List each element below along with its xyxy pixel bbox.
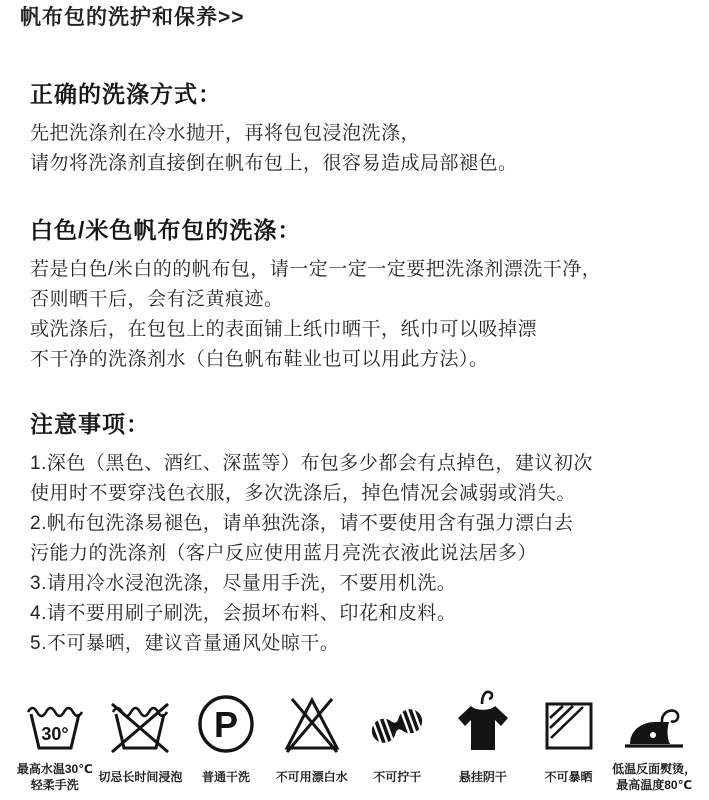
care-symbol-label: 切忌长时间浸泡 [98,760,182,794]
care-symbol-max-30c-hand-wash: 30° 最高水温30℃ 轻柔手洗 [12,686,98,794]
care-symbol-iron-low: 低温反面熨烫， 最高温度80℃ [611,686,697,794]
body-text-line: 若是白色/米白的的帆布包，请一定一定一定要把洗涤剂漂洗干净， [30,255,689,285]
body-text-line: 请勿将洗涤剂直接倒在帆布包上，很容易造成局部褪色。 [30,149,689,179]
care-symbol-hang-dry: 悬挂阴干 [440,686,526,794]
body-text-line: 先把洗涤剂在冷水抛开，再将包包浸泡洗涤， [30,119,689,149]
body-text-line: 否则晒干后，会有泛黄痕迹。 [30,285,689,315]
care-symbol-no-bleach: 不可用漂白水 [269,686,355,794]
washtub-30c-icon: 30° [21,686,89,754]
care-symbol-dry-clean: P 普通干洗 [183,686,269,794]
section-notes: 注意事项： 1.深色（黑色、酒红、深蓝等）布包多少都会有点掉色，建议初次 使用时… [30,406,689,659]
care-instructions-page: 帆布包的洗护和保养>> 正确的洗涤方式： 先把洗涤剂在冷水抛开，再将包包浸泡洗涤… [0,0,709,800]
body-text-line: 3.请用冷水浸泡洗涤，尽量用手洗，不要用机洗。 [30,569,689,599]
body-text-line: 1.深色（黑色、酒红、深蓝等）布包多少都会有点掉色，建议初次 [30,449,689,479]
hang-dry-icon [451,686,515,754]
care-symbol-no-long-soak: 切忌长时间浸泡 [98,686,184,794]
care-symbol-label: 最高水温30℃ 轻柔手洗 [17,760,93,794]
care-symbol-label: 不可暴晒 [545,760,593,794]
care-symbol-no-wring: 不可拧干 [355,686,441,794]
dry-clean-p-icon: P [195,686,257,754]
body-text-line: 或洗涤后，在包包上的表面铺上纸巾晒干，纸巾可以吸掉漂 [30,315,689,345]
body-text-line: 不干净的洗涤剂水（白色帆布鞋业也可以用此方法）。 [30,345,689,375]
care-symbol-label: 不可拧干 [373,760,421,794]
care-symbols-row: 30° 最高水温30℃ 轻柔手洗 切忌长时间浸泡 [0,686,709,794]
care-symbol-label: 普通干洗 [202,760,250,794]
care-symbol-label: 低温反面熨烫， 最高温度80℃ [612,760,696,794]
care-symbol-label: 悬挂阴干 [459,760,507,794]
body-text-line: 污能力的洗涤剂（客户反应使用蓝月亮洗衣液此说法居多） [30,539,689,569]
body-text-line: 使用时不要穿浅色衣服，多次洗涤后，掉色情况会减弱或消失。 [30,479,689,509]
care-symbol-label: 不可用漂白水 [276,760,348,794]
body-text-line: 2.帆布包洗涤易褪色，请单独洗涤，请不要使用含有强力漂白去 [30,509,689,539]
no-soak-icon [106,686,174,754]
body-text-line: 4.请不要用刷子刷洗，会损坏布料、印花和皮料。 [30,599,689,629]
body-text-line: 5.不可暴晒，建议音量通风处晾干。 [30,629,689,659]
section-white-canvas-washing: 白色/米色帆布包的洗涤： 若是白色/米白的的帆布包，请一定一定一定要把洗涤剂漂洗… [30,212,689,375]
section-heading: 正确的洗涤方式： [30,76,689,109]
iron-low-temp-icon [620,686,688,754]
svg-text:30°: 30° [41,724,68,744]
no-wring-icon [364,686,430,754]
section-heading: 注意事项： [30,406,689,439]
section-heading: 白色/米色帆布包的洗涤： [30,212,689,245]
no-sun-icon [539,686,599,754]
page-title: 帆布包的洗护和保养>> [0,0,709,31]
care-symbol-no-sun: 不可暴晒 [526,686,612,794]
no-bleach-icon [279,686,345,754]
svg-text:P: P [214,704,238,745]
section-correct-washing: 正确的洗涤方式： 先把洗涤剂在冷水抛开，再将包包浸泡洗涤， 请勿将洗涤剂直接倒在… [30,76,689,179]
